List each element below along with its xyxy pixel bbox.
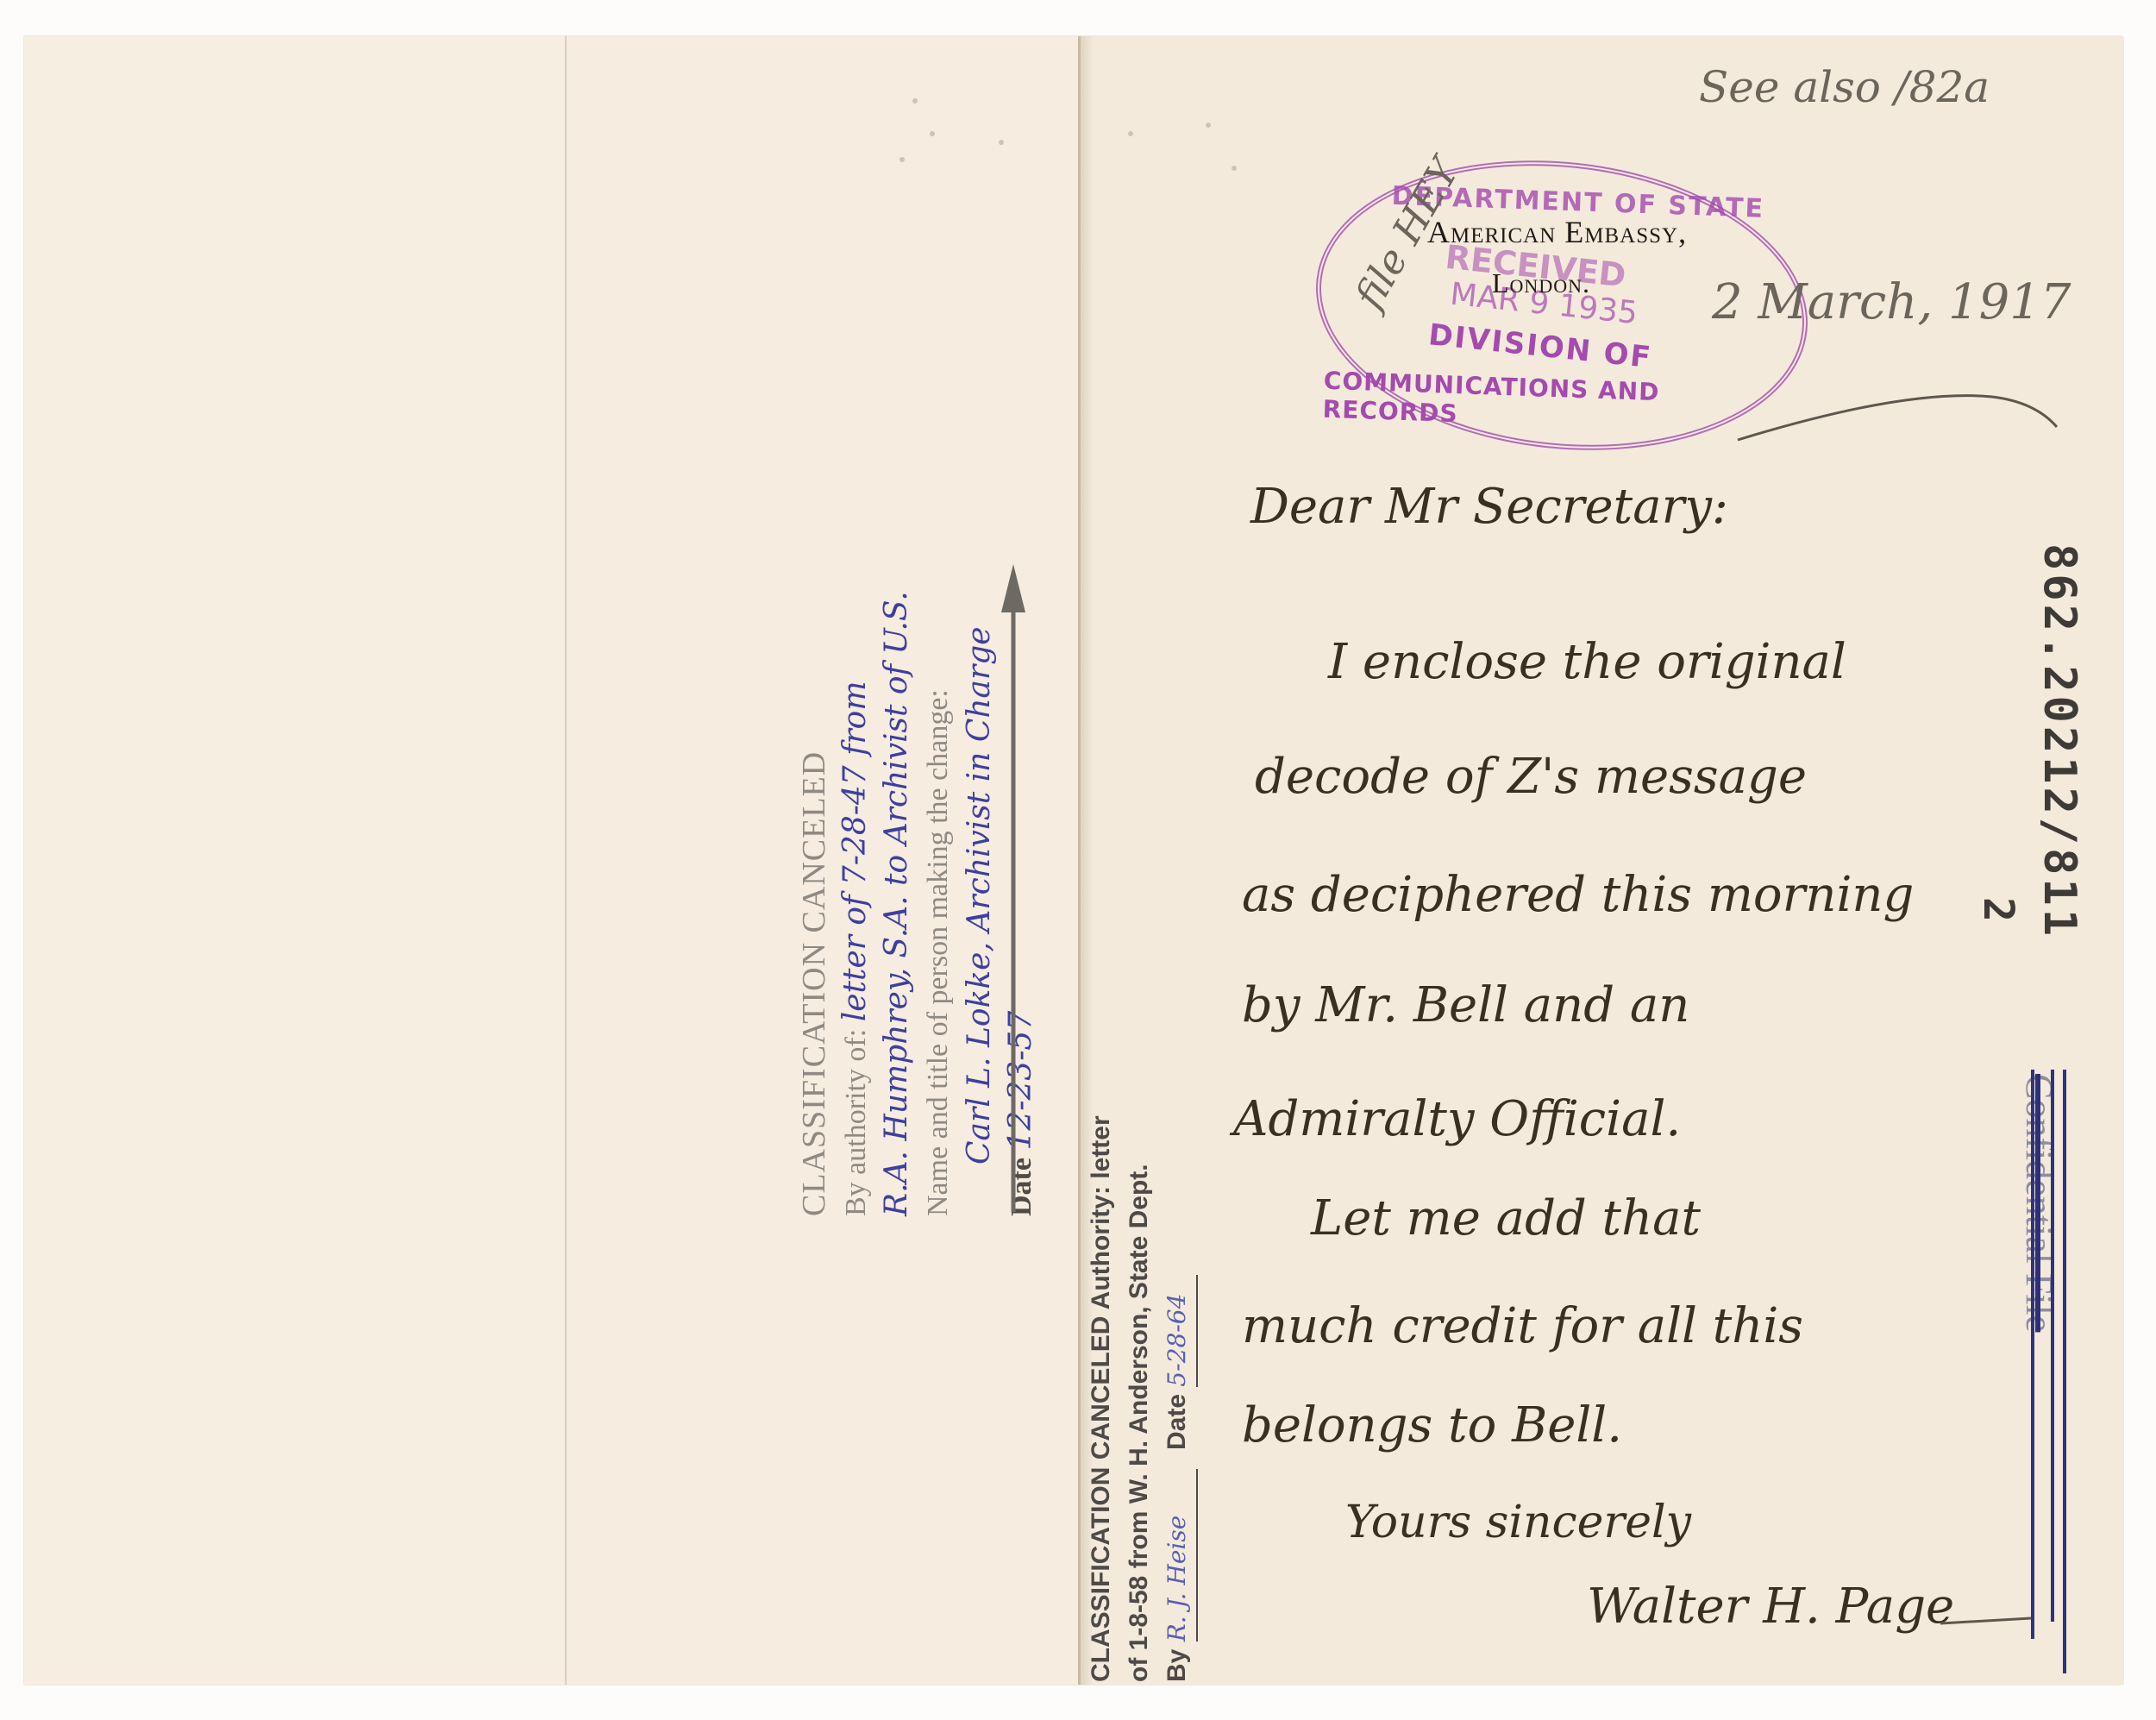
file-number-fraction-bottom: 2 bbox=[1974, 897, 2022, 926]
date-flourish bbox=[1733, 371, 2061, 449]
cls2-by-value: R. J. Heise bbox=[1158, 1469, 1198, 1642]
body-line: decode of Z's message bbox=[1255, 749, 1807, 805]
body-line: much credit for all this bbox=[1242, 1298, 1803, 1354]
file-number-stamp: 862.20212/811 bbox=[2034, 543, 2085, 939]
see-also-annotation: See also /82a bbox=[1699, 62, 1990, 112]
cls1-title: CLASSIFICATION CANCELED bbox=[793, 591, 835, 1216]
body-line: Let me add that bbox=[1311, 1190, 1701, 1246]
file-number: 862.20212/81 bbox=[2034, 543, 2085, 909]
body-line: belongs to Bell. bbox=[1242, 1397, 1622, 1453]
cls1-authority-label: By authority of: bbox=[840, 1029, 872, 1216]
paper-speck bbox=[1206, 122, 1211, 128]
cls1-name-value: Carl L. Lokke, Archivist in Charge bbox=[962, 626, 997, 1164]
cls1-arrow bbox=[996, 561, 1031, 1216]
file-number-fraction-top: 1 bbox=[2034, 909, 2085, 939]
cls1-authority-value: letter of 7-28-47 from bbox=[837, 681, 873, 1022]
ink-strike bbox=[2031, 1070, 2034, 1639]
body-line: by Mr. Bell and an bbox=[1242, 977, 1689, 1033]
cls2-date-value: 5-28-64 bbox=[1158, 1275, 1198, 1387]
ink-strike bbox=[2063, 1070, 2066, 1673]
signature: Walter H. Page bbox=[1587, 1579, 1954, 1635]
letterhead-embassy: American Embassy, bbox=[1427, 214, 1687, 250]
cls2-line-2: of 1-8-58 from W. H. Anderson, State Dep… bbox=[1120, 1115, 1158, 1682]
body-line: Admiralty Official. bbox=[1233, 1091, 1681, 1147]
ink-strike bbox=[2051, 1070, 2054, 1622]
salutation: Dear Mr Secretary: bbox=[1250, 479, 1728, 535]
cls2-line-1: CLASSIFICATION CANCELED Authority: lette… bbox=[1082, 1115, 1120, 1682]
body-line: as deciphered this morning bbox=[1242, 867, 1914, 923]
letterhead-city: London. bbox=[1492, 267, 1590, 299]
classification-stamp-2: CLASSIFICATION CANCELED Authority: lette… bbox=[1082, 1115, 1196, 1682]
paper-speck bbox=[1128, 131, 1133, 136]
cls2-by-label: By bbox=[1163, 1649, 1191, 1682]
cls2-date-label: Date bbox=[1163, 1394, 1191, 1450]
paper-speck bbox=[930, 131, 935, 136]
paper-speck bbox=[999, 140, 1004, 145]
cls1-authority-value-2: R.A. Humphrey, S.A. to Archivist of U.S. bbox=[879, 591, 914, 1216]
body-line: I enclose the original bbox=[1328, 634, 1846, 690]
closing: Yours sincerely bbox=[1345, 1497, 1691, 1548]
cls1-name-label: Name and title of person making the chan… bbox=[922, 689, 954, 1216]
paper-speck bbox=[1232, 166, 1237, 171]
left-fold-panel bbox=[24, 36, 565, 1685]
letter-date: 2 March, 1917 bbox=[1712, 274, 2071, 330]
crossed-out-confidential-stamp: Confidential File bbox=[2017, 1074, 2061, 1332]
signature-tail bbox=[1940, 1613, 2035, 1630]
paper-speck bbox=[912, 98, 918, 104]
paper-speck bbox=[899, 157, 905, 162]
